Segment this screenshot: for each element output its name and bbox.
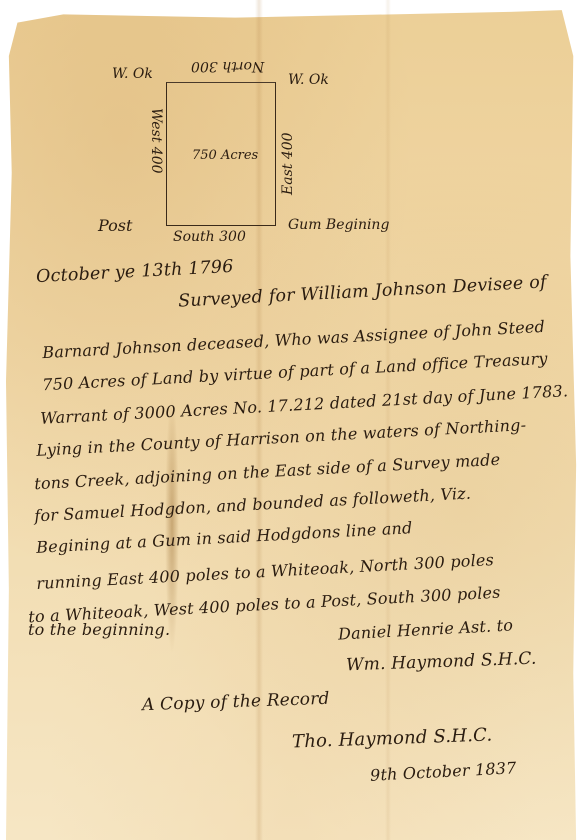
west-side-label: West 400 — [148, 108, 164, 174]
north-side-label: North 300 — [191, 58, 264, 74]
corner-label-top-left: W. Ok — [112, 66, 153, 82]
corner-label-top-right: W. Ok — [288, 72, 329, 88]
corner-label-post: Post — [98, 216, 132, 235]
south-side-label: South 300 — [173, 229, 246, 245]
east-side-label: East 400 — [280, 132, 296, 195]
area-label: 750 Acres — [192, 148, 258, 163]
paper-fold — [385, 0, 391, 840]
corner-label-gum: Gum Begining — [288, 217, 389, 233]
text-line: to the beginning. — [28, 620, 170, 639]
